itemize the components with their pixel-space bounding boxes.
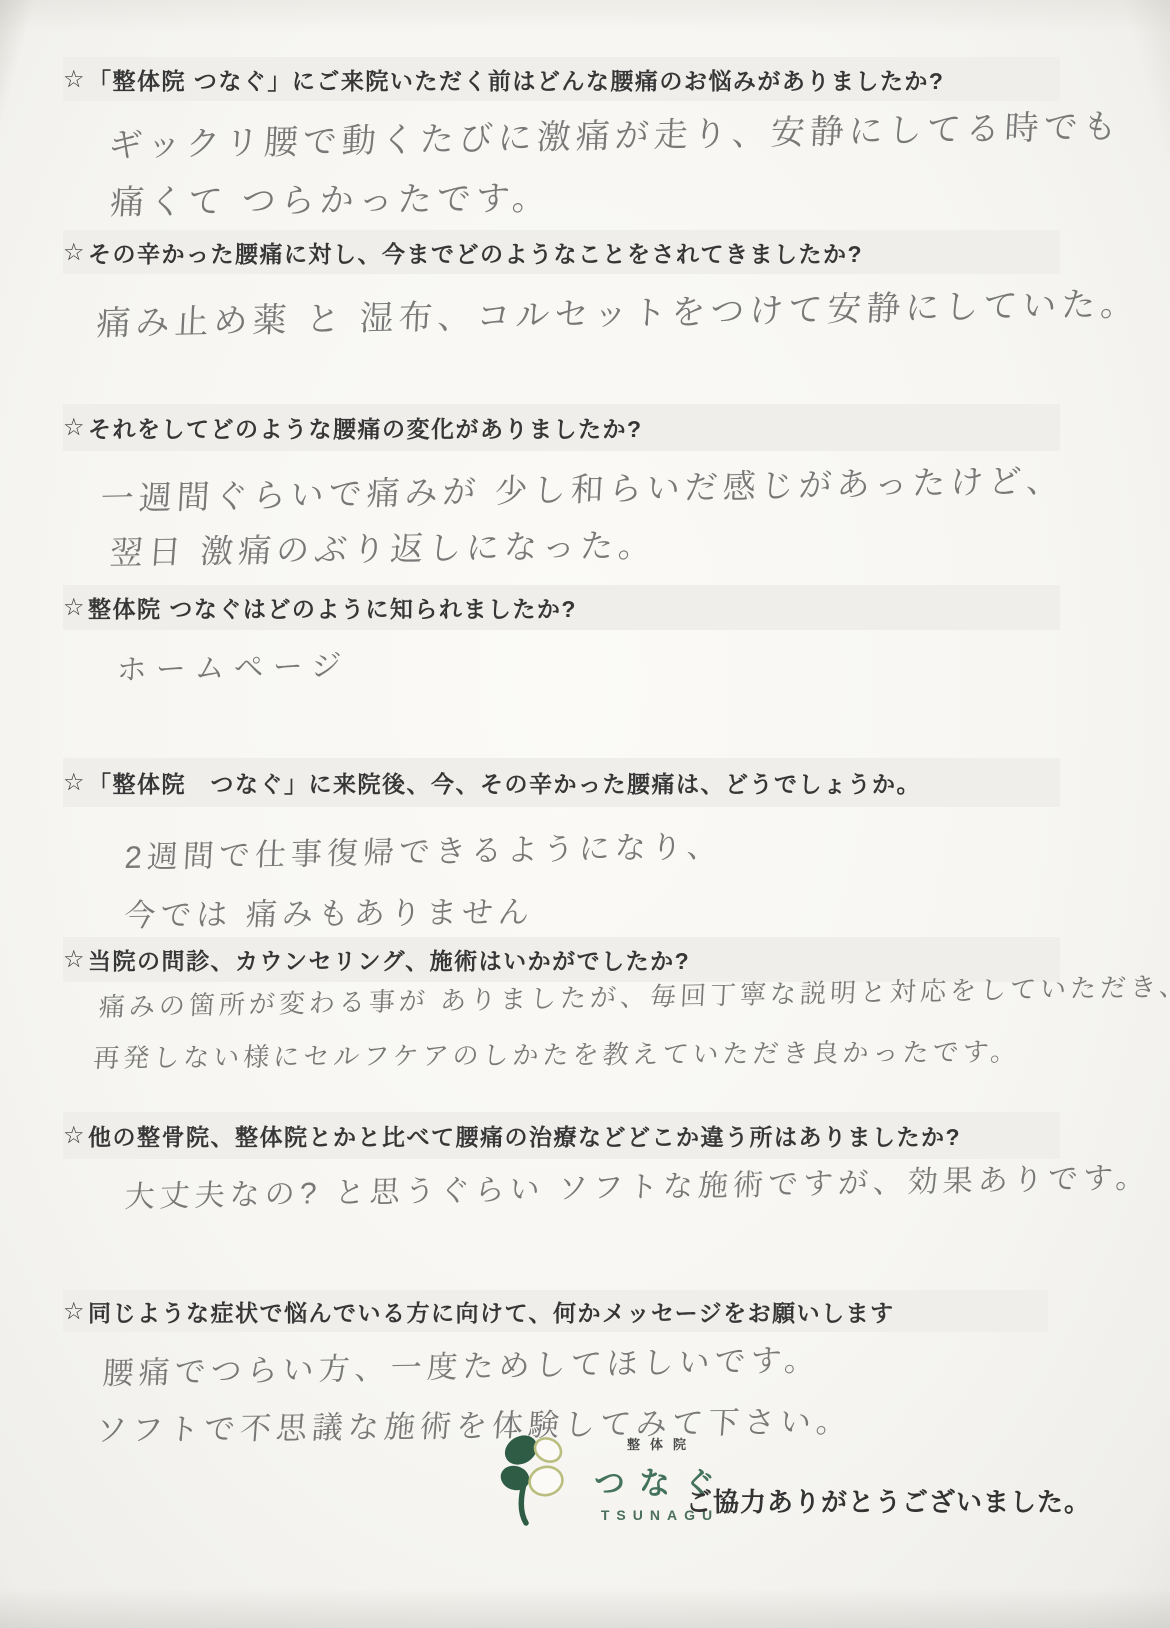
star-icon: ☆ (63, 65, 86, 94)
question-band: ☆ 「整体院 つなぐ」に来院後、今、その辛かった腰痛は、どうでしょうか。 (63, 758, 1060, 807)
answer-line: 痛くて つらかったです。 (109, 170, 553, 224)
question-text: 「整体院 つなぐ」にご来院いただく前はどんな腰痛のお悩みがありましたか? (88, 63, 944, 96)
question-band: ☆ 整体院 つなぐはどのように知られましたか? (63, 585, 1060, 630)
question-text: 他の整骨院、整体院とかと比べて腰痛の治療などどこか違う所はありましたか? (88, 1119, 961, 1152)
question-text: 整体院 つなぐはどのように知られましたか? (88, 591, 577, 624)
answer-line: 腰痛でつらい方、一度ためしてほしいです。 (102, 1334, 822, 1393)
answer-line: 2週間で仕事復帰できるようになり、 (124, 821, 724, 878)
star-icon: ☆ (63, 945, 86, 974)
star-icon: ☆ (63, 238, 86, 267)
answer-line: 今では 痛みもありません (123, 886, 535, 935)
logo-clinic-type: 整体院 (617, 1434, 696, 1453)
answer-line: ギックリ腰で動くたびに激痛が走り、安静にしてる時でも (108, 99, 1124, 168)
question-band: ☆ 「整体院 つなぐ」にご来院いただく前はどんな腰痛のお悩みがありましたか? (63, 57, 1060, 101)
answer-line: ホームページ (116, 641, 352, 690)
star-icon: ☆ (63, 1121, 86, 1150)
answer-line: 再発しない様にセルフケアのしかたを教えていただき良かったです。 (92, 1032, 1022, 1075)
answer-line: 大丈夫なの? と思うぐらい ソフトな施術ですが、効果ありです。 (124, 1152, 1152, 1216)
star-icon: ☆ (63, 593, 86, 622)
question-band: ☆ 同じような症状で悩んでいる方に向けて、何かメッセージをお願いします (63, 1290, 1048, 1332)
question-text: それをしてどのような腰痛の変化がありましたか? (88, 411, 643, 444)
question-band: ☆ その辛かった腰痛に対し、今までどのようなことをされてきましたか? (63, 230, 1060, 274)
questionnaire-sheet: ☆ 「整体院 つなぐ」にご来院いただく前はどんな腰痛のお悩みがありましたか? ギ… (0, 0, 1170, 1628)
answer-line: 痛み止め薬 と 湿布、コルセットをつけて安静にしていた。 (96, 276, 1141, 345)
star-icon: ☆ (63, 768, 86, 797)
answer-line: 一週間ぐらいで痛みが 少し和らいだ感じがあったけど、 (100, 454, 1066, 520)
question-band: ☆ それをしてどのような腰痛の変化がありましたか? (63, 404, 1060, 451)
clover-icon (500, 1426, 572, 1526)
question-text: その辛かった腰痛に対し、今までどのようなことをされてきましたか? (88, 236, 863, 269)
star-icon: ☆ (63, 1297, 86, 1326)
question-text: 当院の問診、カウンセリング、施術はいかがでしたか? (88, 943, 690, 976)
star-icon: ☆ (63, 413, 86, 442)
question-band: ☆ 他の整骨院、整体院とかと比べて腰痛の治療などどこか違う所はありましたか? (63, 1112, 1060, 1159)
thanks-note: ご協力ありがとうございました。 (686, 1482, 1091, 1519)
question-text: 同じような症状で悩んでいる方に向けて、何かメッセージをお願いします (88, 1295, 895, 1328)
answer-line: ソフトで不思議な施術を体験してみて下さい。 (95, 1396, 854, 1450)
answer-line: 翌日 激痛のぶり返しになった。 (109, 519, 659, 574)
question-text: 「整体院 つなぐ」に来院後、今、その辛かった腰痛は、どうでしょうか。 (88, 766, 921, 799)
